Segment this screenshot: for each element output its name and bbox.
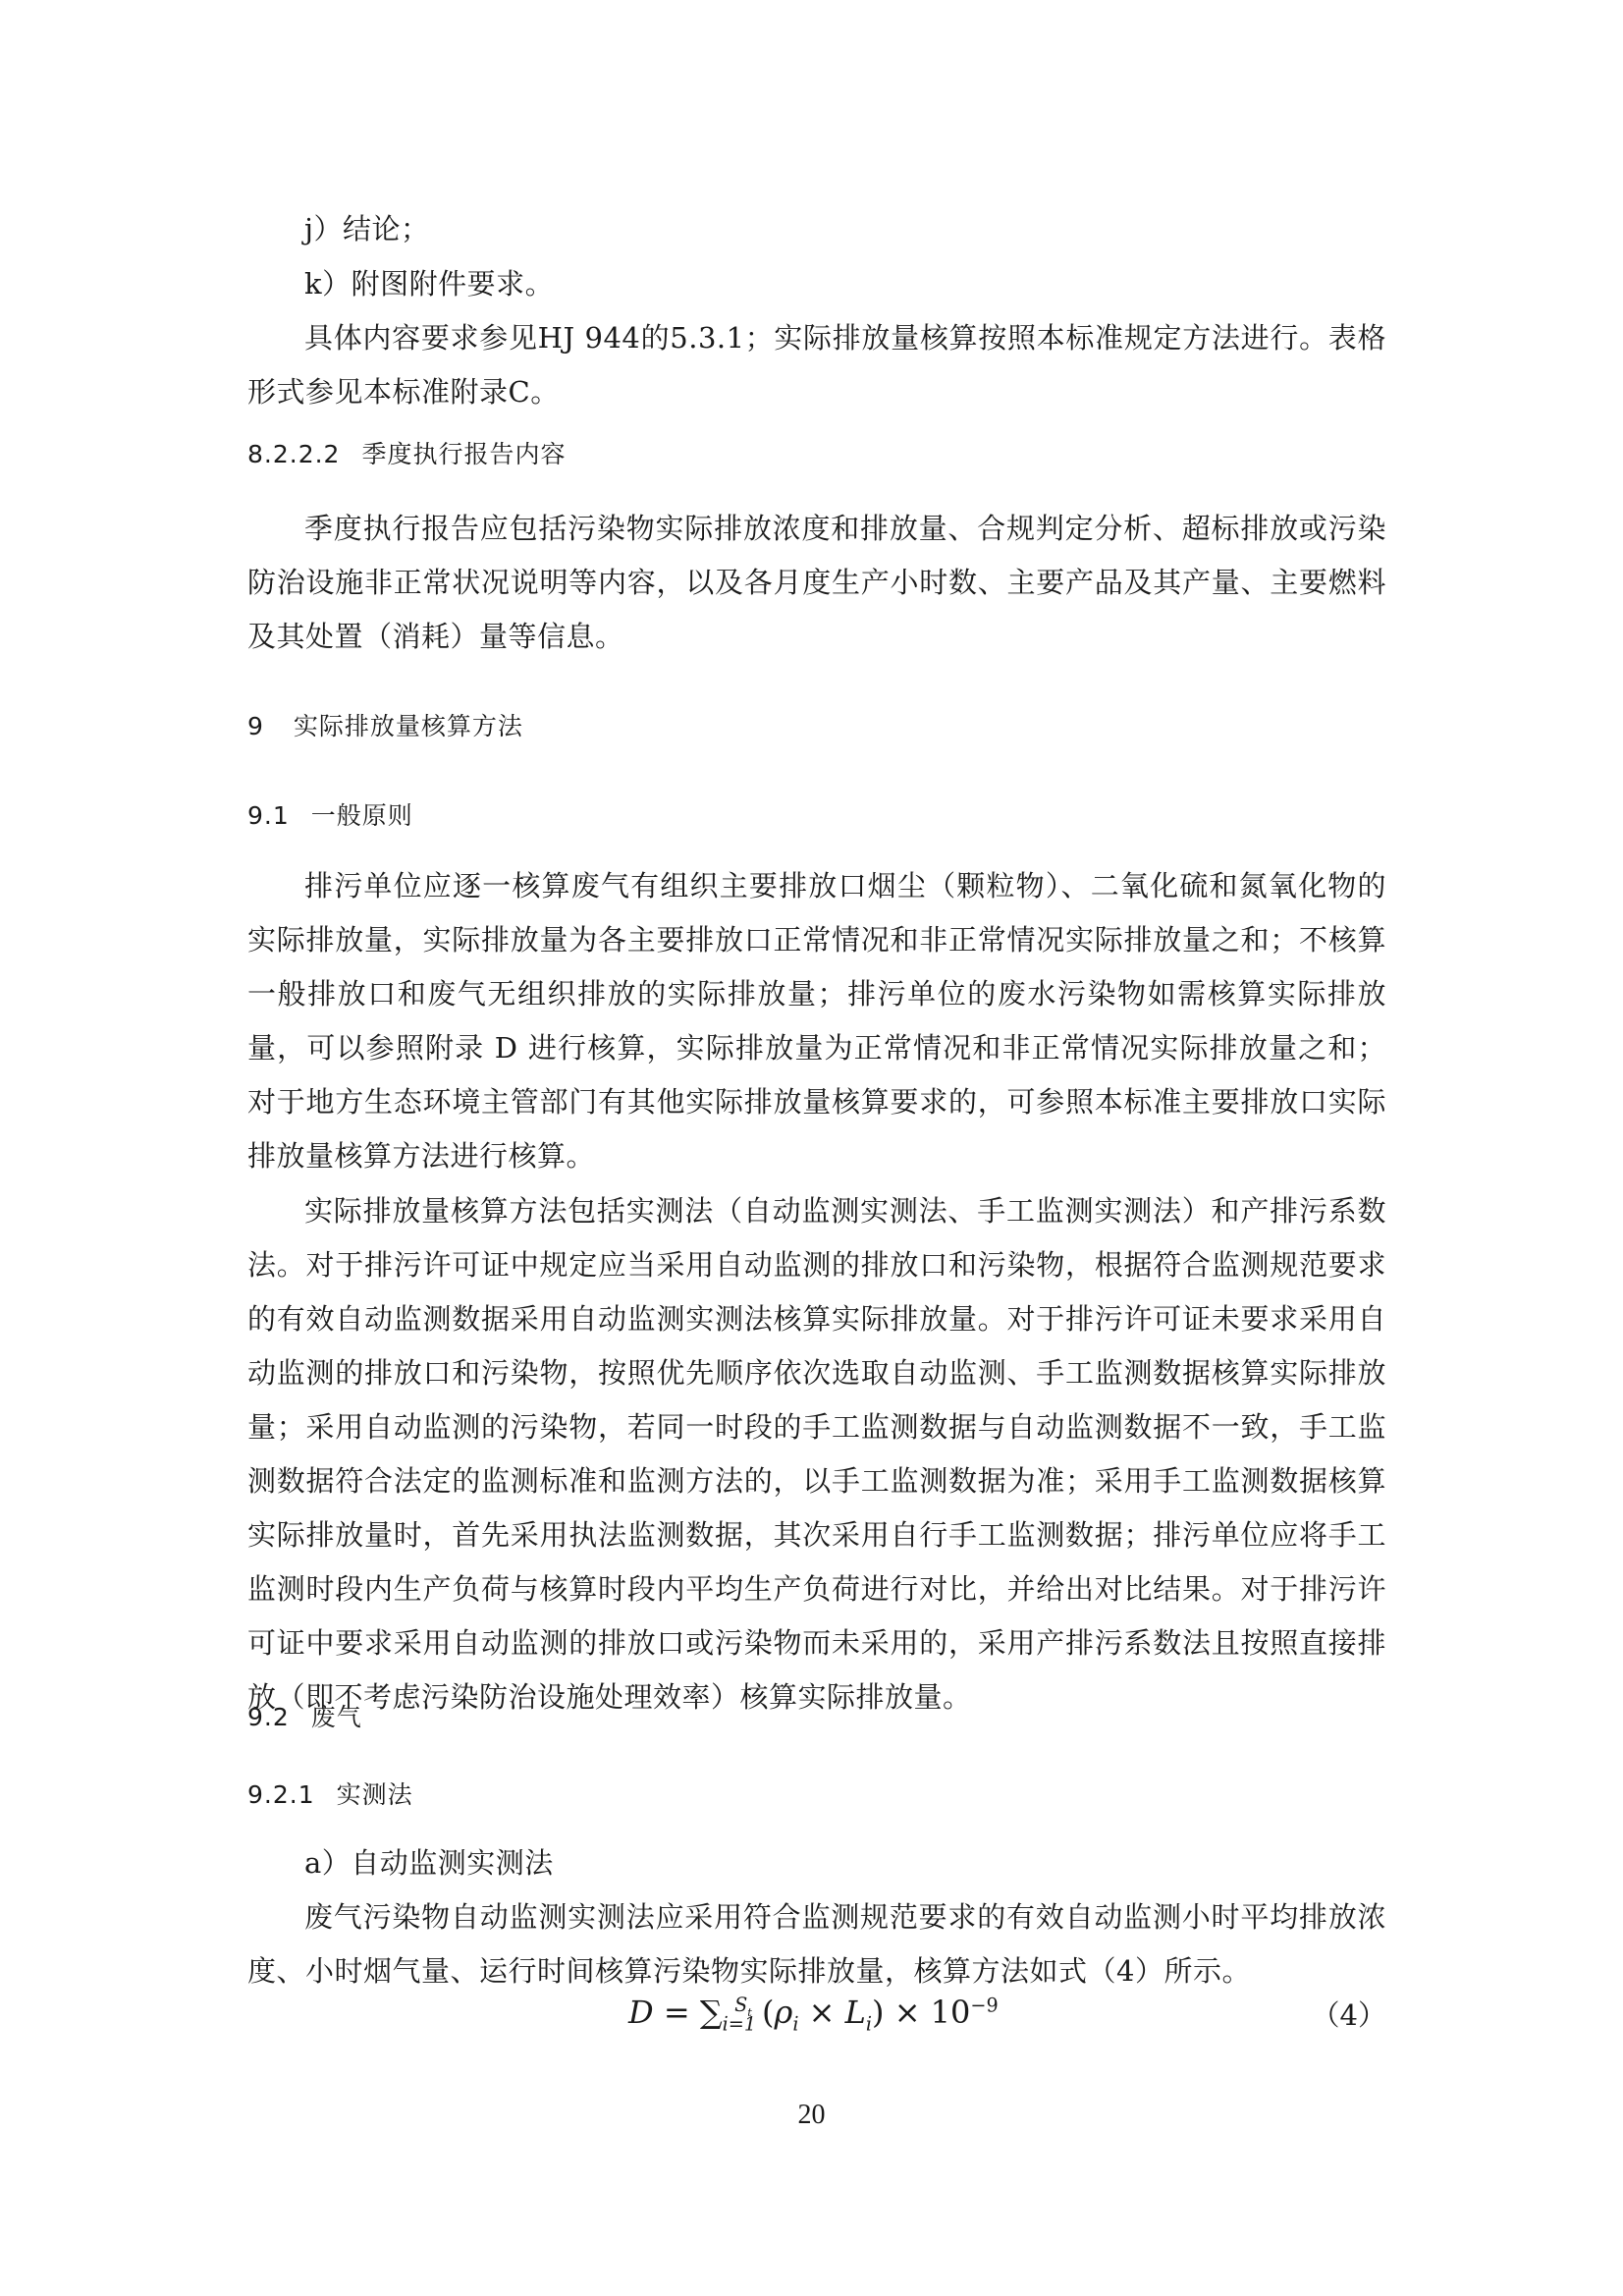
formula-expression: D = ∑i=1St (ρi × Li) × 10−9 bbox=[628, 1994, 999, 2035]
list-item-j: j）结论； bbox=[247, 202, 430, 256]
section-heading-9-2-1: 9.2.1实测法 bbox=[247, 1776, 413, 1811]
list-item-a: a）自动监测实测法 bbox=[247, 1836, 554, 1890]
section-heading-9-1: 9.1一般原则 bbox=[247, 796, 413, 832]
section-heading-9: 9实际排放量核算方法 bbox=[247, 707, 523, 742]
paragraph-general-principle-2: 实际排放量核算方法包括实测法（自动监测实测法、手工监测实测法）和产排污系数法。对… bbox=[247, 1184, 1386, 1724]
paragraph-quarterly-report: 季度执行报告应包括污染物实际排放浓度和排放量、合规判定分析、超标排放或污染防治设… bbox=[247, 502, 1386, 664]
equation-number: （4） bbox=[1312, 1994, 1386, 2034]
section-heading-9-2: 9.2废气 bbox=[247, 1698, 362, 1733]
list-item-k: k）附图附件要求。 bbox=[247, 257, 554, 311]
section-heading-8222: 8.2.2.2季度执行报告内容 bbox=[247, 435, 566, 470]
paragraph-auto-monitoring: 废气污染物自动监测实测法应采用符合监测规范要求的有效自动监测小时平均排放浓度、小… bbox=[247, 1890, 1386, 1998]
paragraph-general-principle-1: 排污单位应逐一核算废气有组织主要排放口烟尘（颗粒物）、二氧化硫和氮氧化物的实际排… bbox=[247, 859, 1386, 1183]
page-number: 20 bbox=[0, 2100, 1623, 2131]
paragraph-reference: 具体内容要求参见HJ 944的5.3.1；实际排放量核算按照本标准规定方法进行。… bbox=[247, 311, 1386, 419]
